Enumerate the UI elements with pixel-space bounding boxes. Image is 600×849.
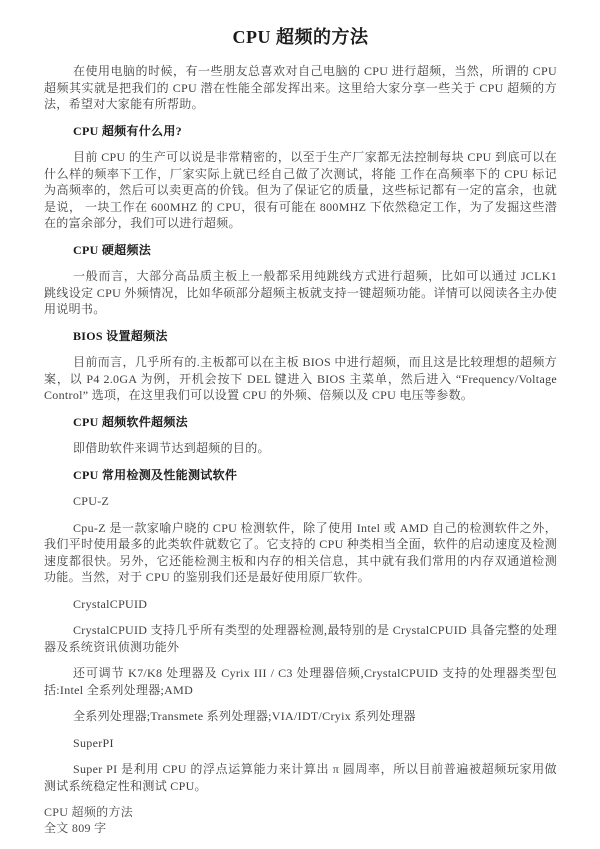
paragraph-crystalcpuid-1: CrystalCPUID 支持几乎所有类型的处理器检测,最特别的是 Crysta… (44, 622, 557, 655)
paragraph-superpi: Super PI 是利用 CPU 的浮点运算能力来计算出 π 圆周率，所以目前普… (44, 761, 557, 794)
heading-overclock-purpose: CPU 超频有什么用? (44, 123, 557, 140)
footer-doc-title: CPU 超频的方法 (44, 804, 557, 820)
software-name-cpuz: CPU-Z (44, 493, 557, 510)
intro-paragraph: 在使用电脑的时候，有一些朋友总喜欢对自己电脑的 CPU 进行超频，当然，所谓的 … (44, 63, 557, 113)
footer-word-count: 全文 809 字 (44, 820, 557, 836)
page-title: CPU 超频的方法 (44, 26, 557, 48)
paragraph-overclock-purpose: 目前 CPU 的生产可以说是非常精密的，以至于生产厂家都无法控制每块 CPU 到… (44, 149, 557, 232)
paragraph-hard-overclock: 一般而言，大部分高品质主板上一般都采用纯跳线方式进行超频，比如可以通过 JCLK… (44, 268, 557, 318)
heading-software-overclock: CPU 超频软件超频法 (44, 414, 557, 431)
heading-hard-overclock: CPU 硬超频法 (44, 242, 557, 259)
heading-bios-overclock: BIOS 设置超频法 (44, 328, 557, 345)
heading-test-software: CPU 常用检测及性能测试软件 (44, 467, 557, 484)
paragraph-crystalcpuid-3: 全系列处理器;Transmete 系列处理器;VIA/IDT/Cryix 系列处… (44, 708, 557, 725)
document-page: CPU 超频的方法 在使用电脑的时候，有一些朋友总喜欢对自己电脑的 CPU 进行… (0, 0, 600, 849)
paragraph-bios-overclock: 目前而言，几乎所有的.主板都可以在主板 BIOS 中进行超频，而且这是比较理想的… (44, 354, 557, 404)
software-name-superpi: SuperPI (44, 735, 557, 752)
paragraph-software-overclock: 即借助软件来调节达到超频的目的。 (44, 440, 557, 457)
paragraph-cpuz: Cpu-Z 是一款家喻户晓的 CPU 检测软件，除了使用 Intel 或 AMD… (44, 520, 557, 586)
document-footer: CPU 超频的方法 全文 809 字 (44, 804, 557, 836)
software-name-crystalcpuid: CrystalCPUID (44, 596, 557, 613)
paragraph-crystalcpuid-2: 还可调节 K7/K8 处理器及 Cyrix III / C3 处理器倍频,Cry… (44, 665, 557, 698)
